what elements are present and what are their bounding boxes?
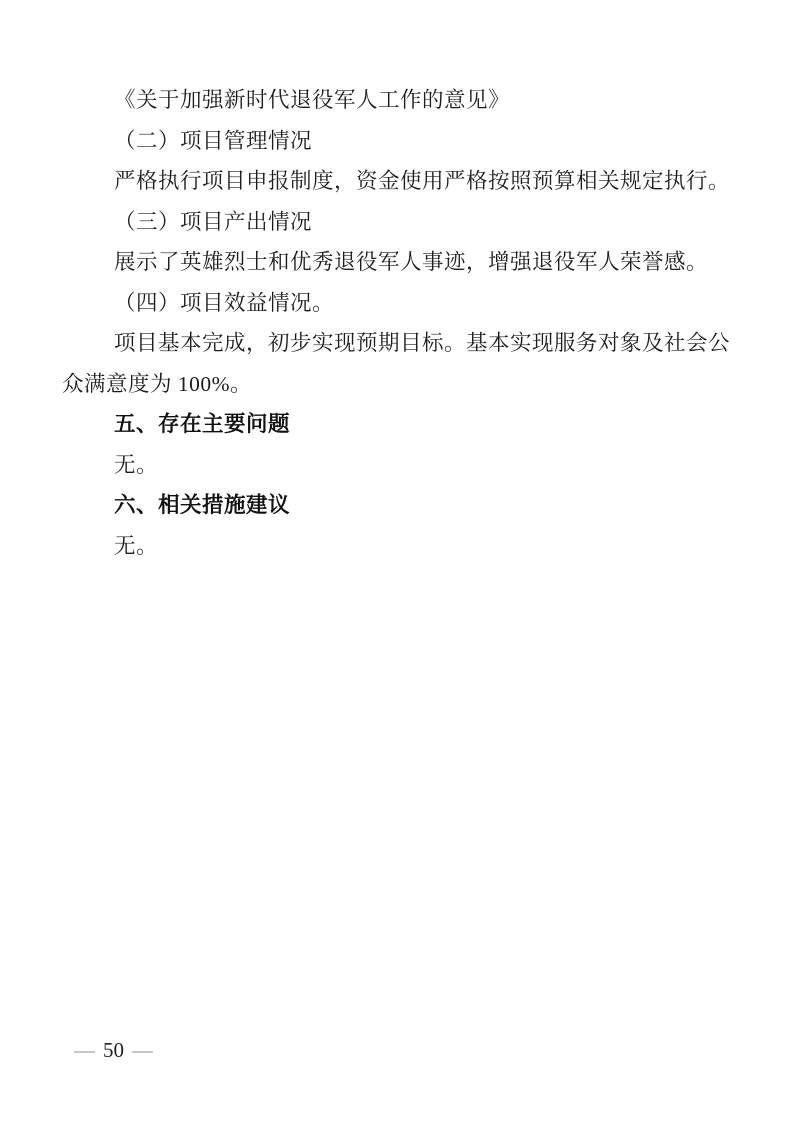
page-number-dash-right: — xyxy=(132,1038,153,1062)
quoted-policy-title: 《关于加强新时代退役军人工作的意见》 xyxy=(62,80,733,121)
subsection-heading-4: （四）项目效益情况。 xyxy=(62,283,733,324)
paragraph-project-output: 展示了英雄烈士和优秀退役军人事迹，增强退役军人荣誉感。 xyxy=(62,242,733,283)
page-number-value: 50 xyxy=(103,1038,124,1062)
subsection-heading-2: （二）项目管理情况 xyxy=(62,121,733,162)
section-heading-6-suggestions: 六、相关措施建议 xyxy=(62,485,733,526)
paragraph-project-management: 严格执行项目申报制度，资金使用严格按照预算相关规定执行。 xyxy=(62,161,733,202)
page-number: — 50 — xyxy=(74,1038,153,1062)
document-page: 《关于加强新时代退役军人工作的意见》 （二）项目管理情况 严格执行项目申报制度，… xyxy=(0,0,793,1122)
paragraph-none-1: 无。 xyxy=(62,445,733,486)
paragraph-none-2: 无。 xyxy=(62,526,733,567)
page-number-dash-left: — xyxy=(74,1038,95,1062)
page-body: 《关于加强新时代退役军人工作的意见》 （二）项目管理情况 严格执行项目申报制度，… xyxy=(62,80,733,566)
subsection-heading-3: （三）项目产出情况 xyxy=(62,202,733,243)
paragraph-project-benefit-line-2: 众满意度为 100%。 xyxy=(62,364,733,405)
paragraph-project-benefit-line-1: 项目基本完成，初步实现预期目标。基本实现服务对象及社会公 xyxy=(62,323,733,364)
section-heading-5-problems: 五、存在主要问题 xyxy=(62,404,733,445)
